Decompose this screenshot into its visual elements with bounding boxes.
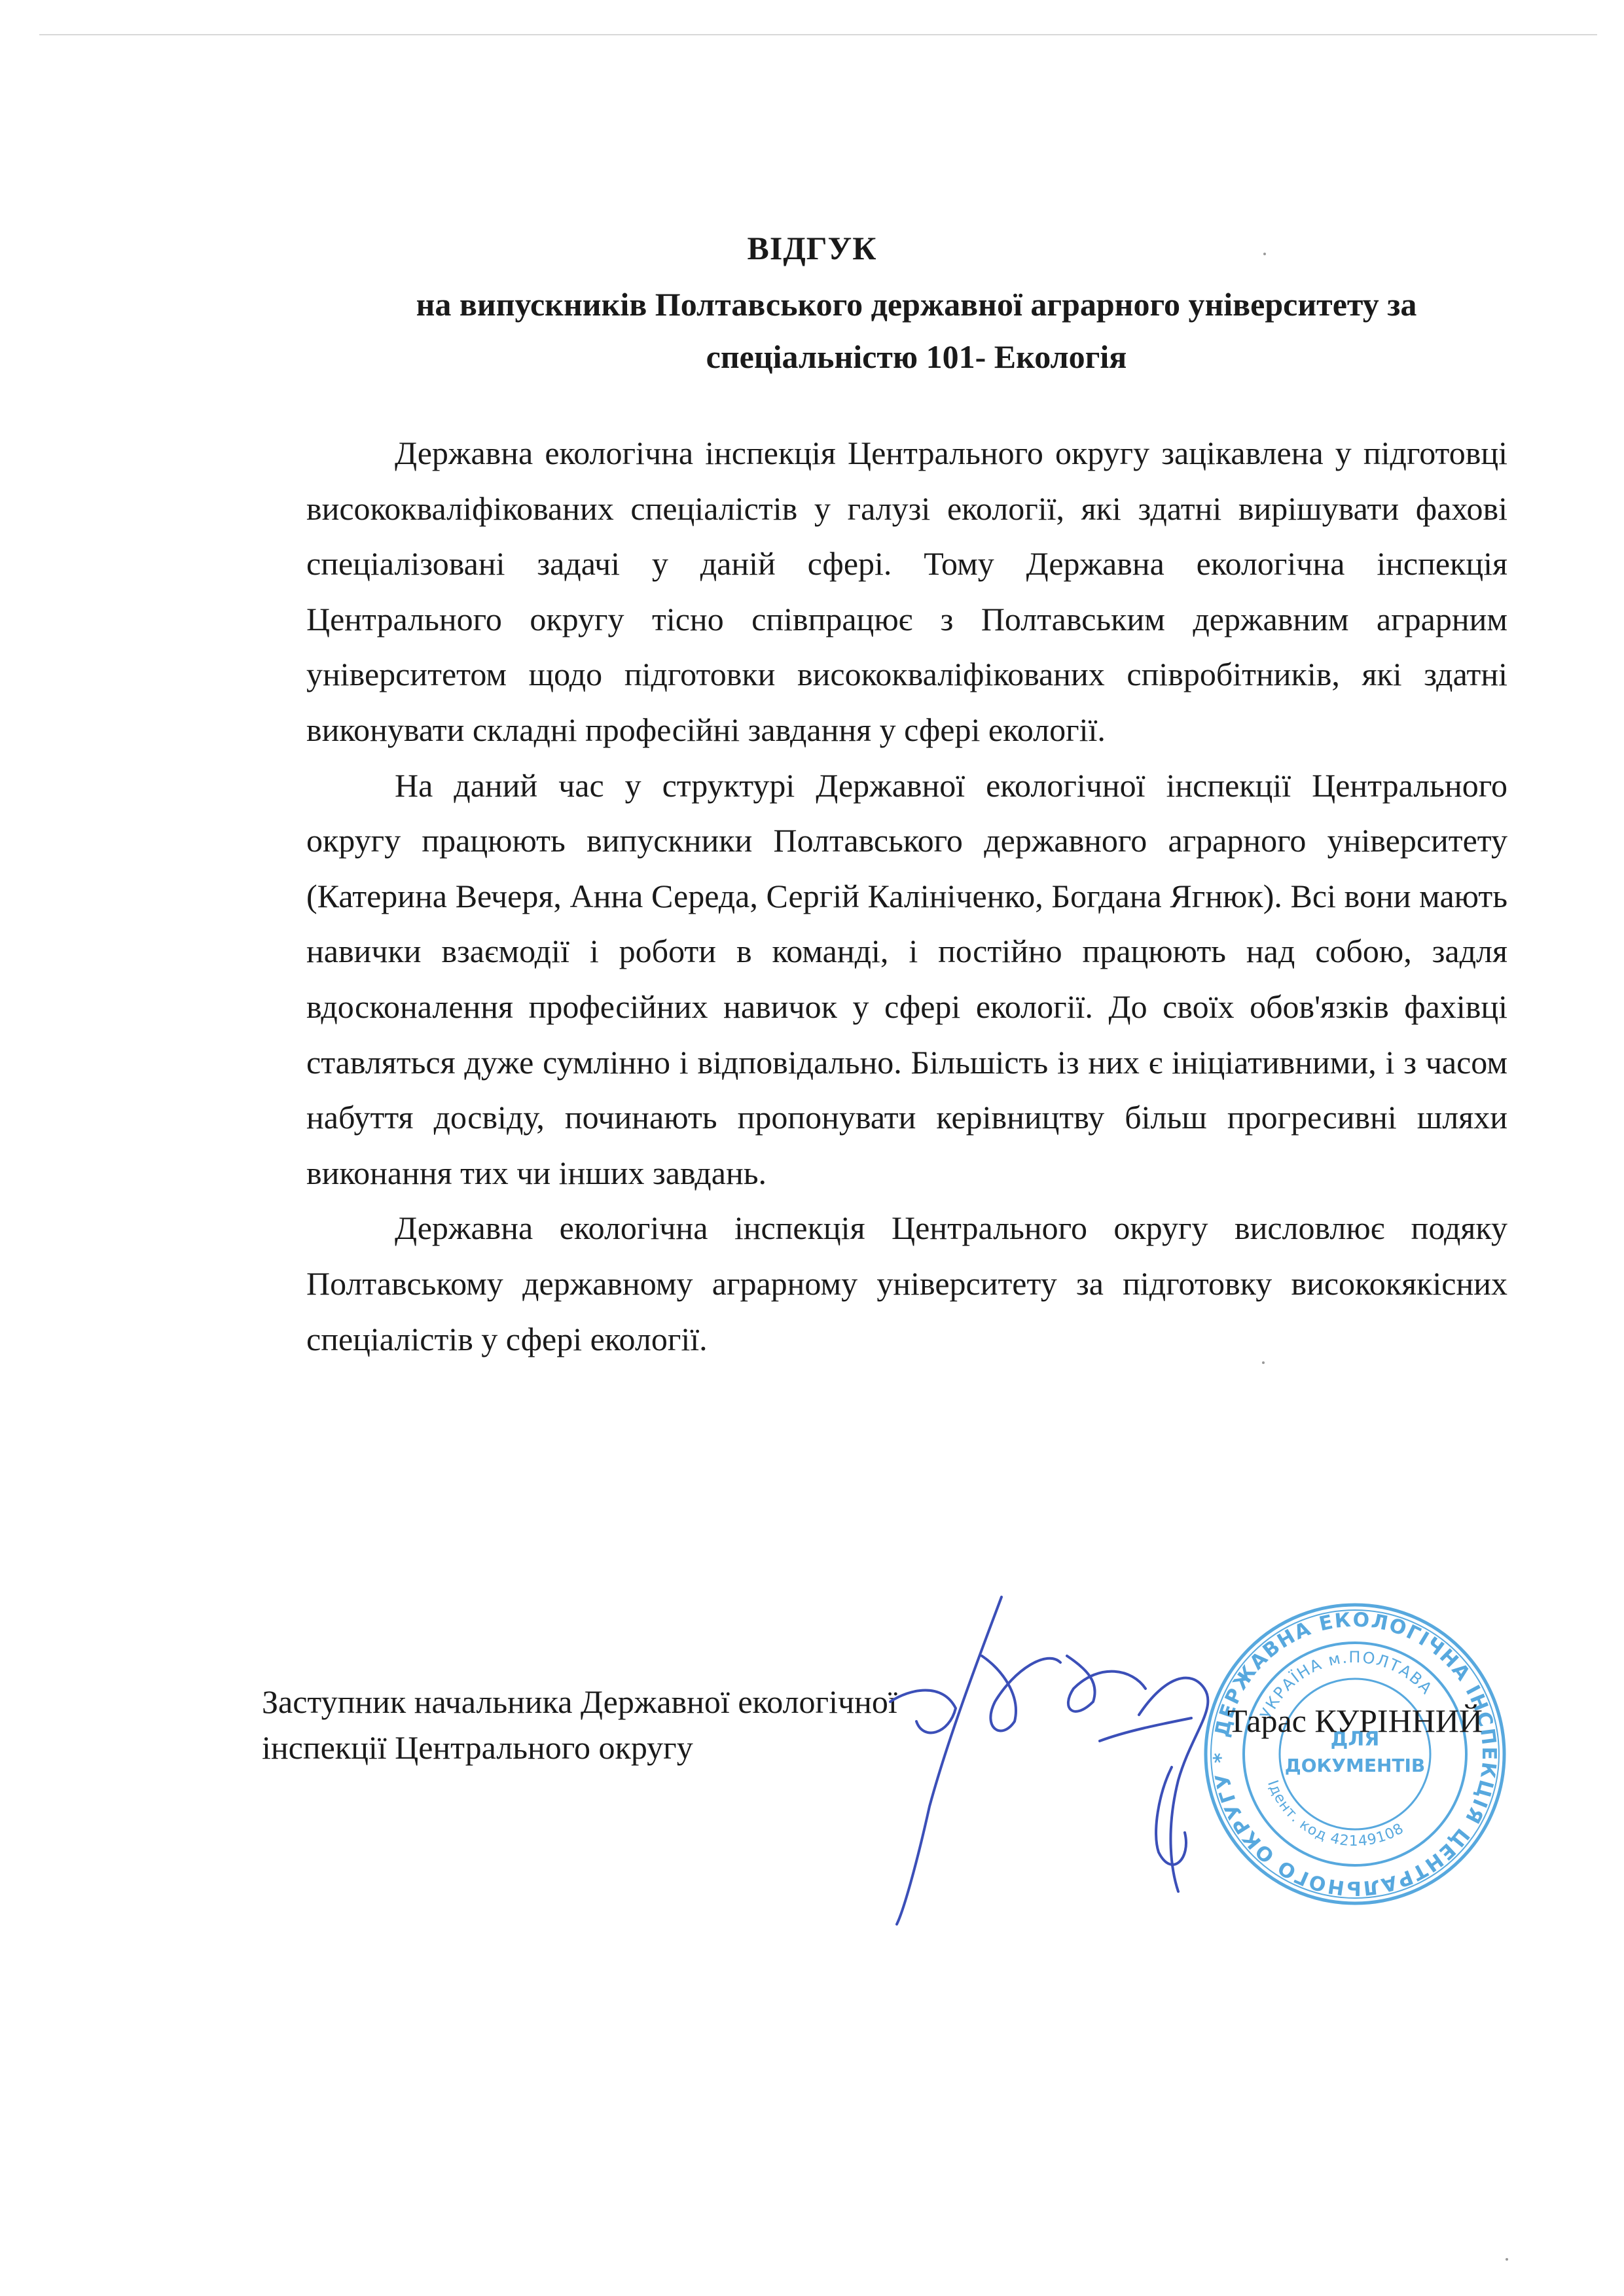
handwritten-signature bbox=[851, 1571, 1309, 1937]
scan-edge-line bbox=[39, 34, 1597, 35]
document-subtitle: на випускників Полтавського державної аг… bbox=[314, 278, 1519, 383]
document-body: Державна екологічна інспекція Центрально… bbox=[306, 425, 1507, 1367]
paragraph-2: На даний час у структурі Державної еколо… bbox=[306, 758, 1507, 1201]
scan-speck bbox=[1262, 1361, 1265, 1364]
document-title: ВІДГУК bbox=[0, 229, 1624, 267]
paragraph-1: Державна екологічна інспекція Центрально… bbox=[306, 425, 1507, 758]
scan-speck bbox=[1506, 2258, 1508, 2261]
paragraph-3: Державна екологічна інспекція Центрально… bbox=[306, 1200, 1507, 1367]
signer-position-line-2: інспекції Центрального округу bbox=[262, 1725, 897, 1770]
scan-speck bbox=[1263, 253, 1266, 255]
signer-position: Заступник начальника Державної екологічн… bbox=[262, 1679, 897, 1770]
subtitle-line-1: на випускників Полтавського державної аг… bbox=[314, 278, 1519, 331]
signer-position-line-1: Заступник начальника Державної екологічн… bbox=[262, 1679, 897, 1725]
subtitle-line-2: спеціальністю 101- Екологія bbox=[314, 331, 1519, 383]
